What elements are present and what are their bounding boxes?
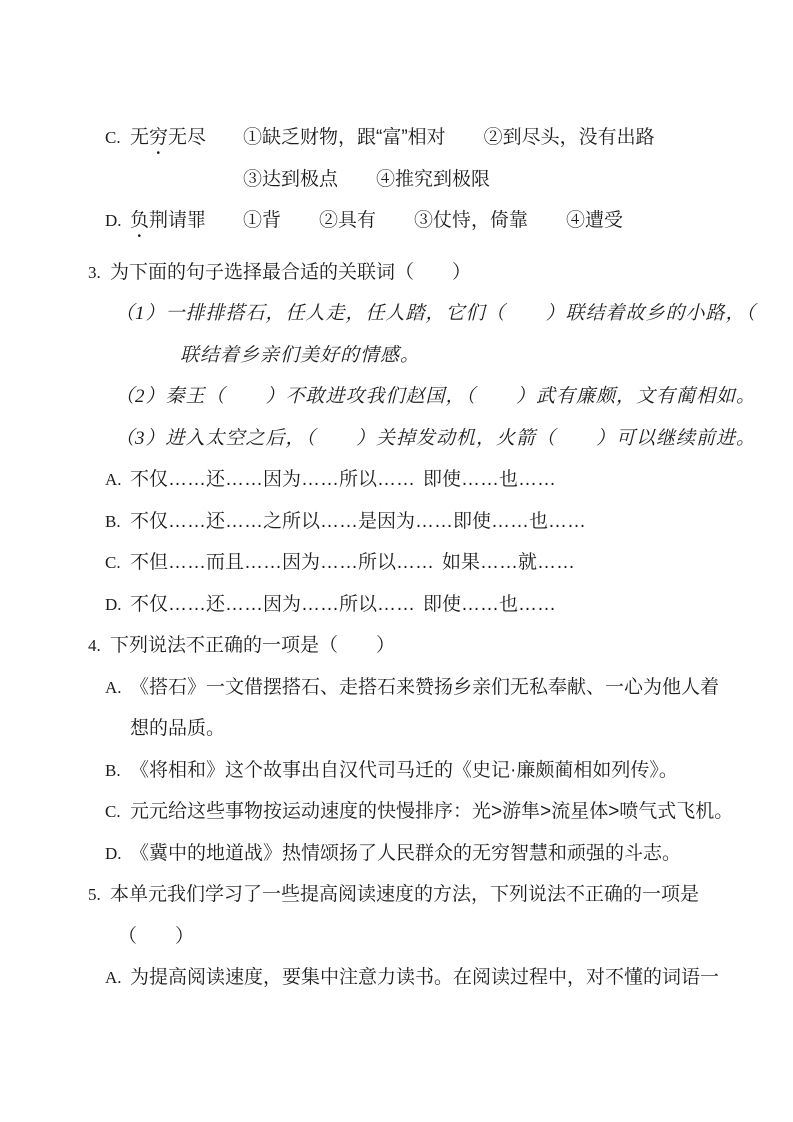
question-4-stem: 4.下列说法不正确的一项是（ ） bbox=[88, 625, 757, 667]
sub-question-number: （3） bbox=[115, 428, 166, 449]
emphasized-character: 负 bbox=[130, 210, 149, 231]
option-label: B. bbox=[105, 750, 130, 792]
definition-meanings: ③达到极点 ④推究到极限 bbox=[243, 169, 490, 190]
option-text: 元元给这些事物按运动速度的快慢排序：光>游隼>流星体>喷气式飞机。 bbox=[130, 791, 722, 833]
question-3-option-b: B.不仅……还……之所以……是因为……即使……也…… bbox=[88, 501, 757, 543]
option-label: D. bbox=[105, 833, 130, 875]
option-col-3: 如果……就…… bbox=[442, 542, 575, 584]
sub-question-3: （3）进入太空之后，（ ）关掉发动机，火箭（ ）可以继续前进。 bbox=[88, 418, 757, 460]
exam-page: C.无穷无尽①缺乏财物，跟“富”相对 ②到尽头，没有出路 ③达到极点 ④推究到极… bbox=[0, 0, 793, 1122]
option-text: 《冀中的地道战》热情颂扬了人民群众的无穷智慧和顽强的斗志。 bbox=[130, 833, 681, 875]
option-label: A. bbox=[105, 957, 130, 999]
definition-word: 负荆请罪 bbox=[130, 200, 243, 242]
option-col-2: 因为……所以…… bbox=[263, 459, 423, 501]
sub-question-text: 进入太空之后，（ ）关掉发动机，火箭（ ）可以继续前进。 bbox=[166, 428, 757, 449]
sub-question-text: 秦王（ ）不敢进攻我们赵国，（ ）武有廉颇，文有蔺相如。 bbox=[166, 386, 757, 407]
definition-row-d: D.负荆请罪①背 ②具有 ③仗恃，倚靠 ④遭受 bbox=[88, 200, 757, 242]
option-col-1: 不仅……还…… bbox=[130, 459, 263, 501]
question-5-answer-blank: （ ） bbox=[88, 916, 757, 958]
question-number: 5. bbox=[88, 874, 110, 916]
option-col-1: 不仅……还…… bbox=[130, 584, 263, 626]
option-text: 《将相和》这个故事出自汉代司马迁的《史记·廉颇蔺相如列传》。 bbox=[130, 750, 678, 792]
sub-question-2: （2）秦王（ ）不敢进攻我们赵国，（ ）武有廉颇，文有蔺相如。 bbox=[88, 376, 757, 418]
option-col-1: 不仅……还…… bbox=[130, 501, 263, 543]
option-label: B. bbox=[105, 501, 130, 543]
sub-question-1: （1）一排排搭石，任人走，任人踏，它们（ ）联结着故乡的小路，（ ） bbox=[88, 293, 757, 335]
definition-row-c-line2: ③达到极点 ④推究到极限 bbox=[88, 159, 757, 201]
option-col-3: 即使……也…… bbox=[423, 459, 556, 501]
question-3-option-c: C.不但……而且……因为……所以……如果……就…… bbox=[88, 542, 757, 584]
sub-question-number: （2） bbox=[115, 386, 166, 407]
option-label: A. bbox=[105, 459, 130, 501]
option-col-2: 因为……所以…… bbox=[282, 542, 442, 584]
question-4-option-c: C. 元元给这些事物按运动速度的快慢排序：光>游隼>流星体>喷气式飞机。 bbox=[88, 791, 757, 833]
question-stem-text: 下列说法不正确的一项是（ ） bbox=[110, 635, 395, 656]
question-stem-text: 为下面的句子选择最合适的关联词（ ） bbox=[110, 262, 471, 283]
question-3-option-a: A.不仅……还……因为……所以……即使……也…… bbox=[88, 459, 757, 501]
answer-blank: （ ） bbox=[118, 926, 194, 947]
definition-meanings: ①缺乏财物，跟“富”相对 ②到尽头，没有出路 bbox=[243, 127, 655, 148]
option-text: 《搭石》一文借摆搭石、走搭石来赞扬乡亲们无私奉献、一心为他人着想的品质。 bbox=[130, 667, 722, 750]
question-4-option-b: B. 《将相和》这个故事出自汉代司马迁的《史记·廉颇蔺相如列传》。 bbox=[88, 750, 757, 792]
sub-question-text: 一排排搭石，任人走，任人踏，它们（ ）联结着故乡的小路，（ ） bbox=[166, 303, 793, 324]
emphasized-character: 穷 bbox=[149, 127, 168, 148]
option-text: 为提高阅读速度，要集中注意力读书。在阅读过程中，对不懂的词语一 bbox=[130, 957, 719, 999]
question-number: 4. bbox=[88, 625, 110, 667]
question-5-stem-line-1: 5.本单元我们学习了一些提高阅读速度的方法，下列说法不正确的一项是 bbox=[88, 874, 757, 916]
definition-row-c: C.无穷无尽①缺乏财物，跟“富”相对 ②到尽头，没有出路 bbox=[88, 117, 757, 159]
question-4-option-d: D. 《冀中的地道战》热情颂扬了人民群众的无穷智慧和顽强的斗志。 bbox=[88, 833, 757, 875]
option-col-3: 即使……也…… bbox=[423, 584, 556, 626]
definition-word: 无穷无尽 bbox=[130, 117, 243, 159]
sub-question-1-continuation: 联结着乡亲们美好的情感。 bbox=[88, 335, 757, 377]
option-col-2: 因为……所以…… bbox=[263, 584, 423, 626]
option-label: D. bbox=[105, 200, 130, 242]
definition-meanings: ①背 ②具有 ③仗恃，倚靠 ④遭受 bbox=[243, 210, 623, 231]
sub-question-text: 联结着乡亲们美好的情感。 bbox=[180, 345, 420, 366]
option-label: C. bbox=[105, 117, 130, 159]
question-3-stem: 3.为下面的句子选择最合适的关联词（ ） bbox=[88, 252, 757, 294]
option-col-1: 不但……而且…… bbox=[130, 542, 282, 584]
option-label: C. bbox=[105, 542, 130, 584]
question-5-option-a: A. 为提高阅读速度，要集中注意力读书。在阅读过程中，对不懂的词语一 bbox=[88, 957, 757, 999]
question-3-option-d: D.不仅……还……因为……所以……即使……也…… bbox=[88, 584, 757, 626]
option-col-3: 即使……也…… bbox=[453, 501, 586, 543]
question-number: 3. bbox=[88, 252, 110, 294]
option-col-2: 之所以……是因为…… bbox=[263, 501, 453, 543]
sub-question-number: （1） bbox=[115, 303, 166, 324]
option-label: A. bbox=[105, 667, 130, 709]
option-label: C. bbox=[105, 791, 130, 833]
question-4-option-a: A. 《搭石》一文借摆搭石、走搭石来赞扬乡亲们无私奉献、一心为他人着想的品质。 bbox=[88, 667, 757, 750]
option-label: D. bbox=[105, 584, 130, 626]
question-stem-text: 本单元我们学习了一些提高阅读速度的方法，下列说法不正确的一项是 bbox=[110, 884, 699, 905]
